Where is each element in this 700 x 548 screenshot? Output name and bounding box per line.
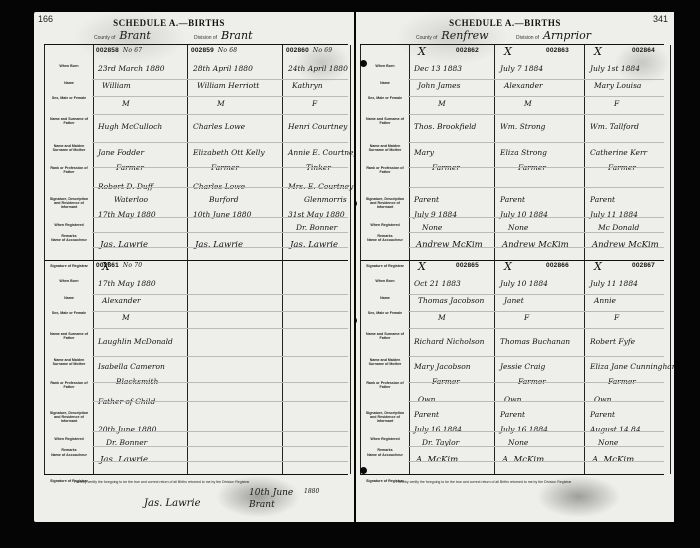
registrar-signature: A. McKim xyxy=(592,455,634,465)
row-rule xyxy=(408,247,664,248)
informant-note: Own xyxy=(504,395,521,404)
row-rule xyxy=(92,461,348,462)
mother-name: Catherine Kerr xyxy=(590,148,647,157)
row-label: Name and Surname of Father xyxy=(47,332,91,340)
row-label: When Born xyxy=(363,279,407,283)
row-labels: When BornNameSex, Male or FemaleName and… xyxy=(44,45,94,260)
father-name: Robert Fyfe xyxy=(590,337,635,346)
row-label: When Born xyxy=(47,279,91,283)
row-label: Sex, Male or Female xyxy=(363,311,407,315)
register-entry xyxy=(187,260,283,475)
row-rule xyxy=(92,79,348,80)
binding-hole xyxy=(356,200,357,207)
row-label: Signature, Description and Residence of … xyxy=(363,197,407,209)
father-name: Laughlin McDonald xyxy=(98,337,173,346)
row-rule xyxy=(408,461,664,462)
county-label: County of xyxy=(94,35,115,41)
registrar-signature: A. McKim xyxy=(502,455,544,465)
register-entry: X002862Dec 13 1883John JamesMThos. Brook… xyxy=(408,45,495,260)
page-number: 166 xyxy=(38,14,53,24)
county-field: County ofRenfrew xyxy=(416,29,489,42)
sex: F xyxy=(614,99,619,108)
row-label: Name and Maiden Surname of Mother xyxy=(363,358,407,366)
registrar-signature: Andrew McKim xyxy=(592,240,659,250)
row-rule xyxy=(92,294,348,295)
when-born: Oct 21 1883 xyxy=(414,279,461,288)
row-label: Remarks xyxy=(363,448,407,452)
binding-hole xyxy=(360,467,367,474)
father-name: Thomas Buchanan xyxy=(500,337,570,346)
row-rule xyxy=(408,446,664,447)
binding-hole xyxy=(356,317,357,324)
row-labels: When BornNameSex, Male or FemaleName and… xyxy=(360,260,410,475)
when-born: 23rd March 1880 xyxy=(98,64,165,73)
row-label: Name of Accoucheur xyxy=(363,453,407,457)
row-labels: When BornNameSex, Male or FemaleName and… xyxy=(360,45,410,260)
certification-text: I hereby certify the foregoing to be the… xyxy=(396,480,626,485)
row-rule xyxy=(408,232,664,233)
registrar-signature: Jas. Lawrie xyxy=(100,240,148,250)
when-registered: July 16 1884 xyxy=(414,425,462,434)
register-entry: X002863July 7 1884AlexanderMWm. StrongEl… xyxy=(494,45,585,260)
certification-place: Brant xyxy=(249,500,275,510)
check-mark: X xyxy=(594,260,602,273)
father-name: Richard Nicholson xyxy=(414,337,484,346)
child-name: Janet xyxy=(504,296,524,305)
register-grid: When BornNameSex, Male or FemaleName and… xyxy=(44,44,348,474)
when-born: July 10 1884 xyxy=(500,279,548,288)
informant: Parent xyxy=(590,195,615,204)
mother-name: Isabella Cameron xyxy=(98,362,165,371)
father-name: Thos. Brookfield xyxy=(414,122,476,131)
certification-signature: Jas. Lawrie xyxy=(144,498,201,509)
row-label: When Registered xyxy=(363,437,407,441)
county-field: County ofBrant xyxy=(94,29,151,42)
informant: Parent xyxy=(414,195,439,204)
child-name: William Herriott xyxy=(197,81,259,90)
registration-number: 002867 xyxy=(632,262,655,269)
row-rule xyxy=(408,167,664,168)
informant-residence: Waterloo xyxy=(114,195,148,204)
division-value: Brant xyxy=(221,29,252,42)
row-rule xyxy=(92,311,348,312)
registrar-signature: Andrew McKim xyxy=(502,240,569,250)
row-label: Name and Maiden Surname of Mother xyxy=(363,144,407,152)
mother-name: Eliza Strong xyxy=(500,148,547,157)
sex: M xyxy=(438,99,446,108)
certification-date: 10th June xyxy=(249,488,293,498)
row-label: When Registered xyxy=(363,223,407,227)
row-label: Name xyxy=(47,81,91,85)
row-label: Signature, Description and Residence of … xyxy=(363,411,407,423)
sex: F xyxy=(312,99,317,108)
row-rule xyxy=(408,142,664,143)
row-label: Name of Accoucheur xyxy=(47,238,91,242)
when-registered: 20th June 1880 xyxy=(98,425,156,434)
mother-name: Mary xyxy=(414,148,434,157)
division-label: Division of xyxy=(194,35,217,41)
row-label: Remarks xyxy=(47,448,91,452)
row-label: When Registered xyxy=(47,437,91,441)
row-label: Signature, Description and Residence of … xyxy=(47,411,91,423)
row-label: Rank or Profession of Father xyxy=(47,381,91,389)
left-page: 166 SCHEDULE A.—BIRTHS County ofBrant Di… xyxy=(34,12,354,522)
row-rule xyxy=(92,446,348,447)
row-rule xyxy=(408,356,664,357)
row-label: Name and Maiden Surname of Mother xyxy=(47,358,91,366)
row-label: When Born xyxy=(47,64,91,68)
row-label: Name and Surname of Father xyxy=(363,332,407,340)
register-entry: 002858No 6723rd March 1880WilliamMHugh M… xyxy=(92,45,188,260)
certification-text: I hereby certify the foregoing to be the… xyxy=(74,480,306,485)
row-label: Name xyxy=(363,296,407,300)
informant-residence: Glenmorris xyxy=(304,195,347,204)
row-label: Name of Accoucheur xyxy=(47,453,91,457)
row-label: Sex, Male or Female xyxy=(47,96,91,100)
county-value: Brant xyxy=(119,29,150,42)
check-mark: X xyxy=(418,45,426,58)
registration-number: 002862 xyxy=(456,47,479,54)
register-block: When BornNameSex, Male or FemaleName and… xyxy=(360,45,664,261)
division-label: Division of xyxy=(516,35,539,41)
row-rule xyxy=(92,328,348,329)
register-grid: When BornNameSex, Male or FemaleName and… xyxy=(360,44,664,474)
row-label: Name xyxy=(47,296,91,300)
check-mark: X xyxy=(504,45,512,58)
row-rule xyxy=(92,401,348,402)
row-label: Rank or Profession of Father xyxy=(47,166,91,174)
row-label: Sex, Male or Female xyxy=(47,311,91,315)
registration-number: 002859No 68 xyxy=(191,47,237,54)
registrar-signature: Jas. Lawrie xyxy=(100,455,148,465)
informant-note: Own xyxy=(418,395,435,404)
page-number: 341 xyxy=(653,14,668,24)
when-born: July 11 1884 xyxy=(590,279,638,288)
register-block: When BornNameSex, Male or FemaleName and… xyxy=(44,45,348,261)
schedule-title: SCHEDULE A.—BIRTHS xyxy=(74,18,264,28)
sex: M xyxy=(122,99,130,108)
registration-number: 002860No 69 xyxy=(286,47,332,54)
when-registered: July 16 1884 xyxy=(500,425,548,434)
child-name: Alexander xyxy=(102,296,141,305)
mother-name: Annie E. Courtney xyxy=(288,148,354,157)
row-label: Sex, Male or Female xyxy=(363,96,407,100)
register-entry: X002866July 10 1884JanetFThomas Buchanan… xyxy=(494,260,585,475)
entry-number: No 67 xyxy=(123,47,142,54)
child-name: Thomas Jacobson xyxy=(418,296,484,305)
row-rule xyxy=(92,431,348,432)
row-rule xyxy=(92,217,348,218)
scanned-register: 166 SCHEDULE A.—BIRTHS County ofBrant Di… xyxy=(0,0,700,548)
registration-number: 002866 xyxy=(546,262,569,269)
row-rule xyxy=(408,328,664,329)
entry-number: No 70 xyxy=(123,262,142,269)
row-rule xyxy=(92,247,348,248)
informant-residence: Burford xyxy=(209,195,239,204)
register-entry: X002861No 7017th May 1880AlexanderMLaugh… xyxy=(92,260,188,475)
register-entry: X002867July 11 1884AnnieFRobert FyfeEliz… xyxy=(584,260,671,475)
registration-number: 002863 xyxy=(546,47,569,54)
row-label: Name and Maiden Surname of Mother xyxy=(47,144,91,152)
when-born: 28th April 1880 xyxy=(193,64,253,73)
row-rule xyxy=(408,311,664,312)
sex: M xyxy=(122,313,130,322)
mother-name: Jessie Craig xyxy=(500,362,545,371)
row-rule xyxy=(92,187,348,188)
informant-note: Own xyxy=(594,395,611,404)
row-rule xyxy=(408,401,664,402)
sex: F xyxy=(614,313,619,322)
register-entry: X002865Oct 21 1883Thomas JacobsonMRichar… xyxy=(408,260,495,475)
when-registered: 17th May 1880 xyxy=(98,210,156,219)
entry-number: No 68 xyxy=(218,47,237,54)
mother-name: Mary Jacobson xyxy=(414,362,471,371)
child-name: William xyxy=(102,81,131,90)
row-rule xyxy=(92,96,348,97)
registrar-signature: Jas. Lawrie xyxy=(290,240,338,250)
when-born: 17th May 1880 xyxy=(98,279,156,288)
row-label: Name xyxy=(363,81,407,85)
mother-name: Jane Fodder xyxy=(98,148,144,157)
row-rule xyxy=(408,187,664,188)
when-registered: July 10 1884 xyxy=(500,210,548,219)
when-born: July 1st 1884 xyxy=(590,64,640,73)
when-born: Dec 13 1883 xyxy=(414,64,462,73)
row-label: Name of Accoucheur xyxy=(363,238,407,242)
register-block: When BornNameSex, Male or FemaleName and… xyxy=(44,260,348,476)
right-page: 341 SCHEDULE A.—BIRTHS County ofRenfrew … xyxy=(356,12,674,522)
row-rule xyxy=(408,431,664,432)
row-rule xyxy=(92,232,348,233)
registration-number: 002864 xyxy=(632,47,655,54)
child-name: Alexander xyxy=(504,81,543,90)
registration-number: 002861No 70 xyxy=(96,262,142,269)
registration-number: 002865 xyxy=(456,262,479,269)
division-value: Arnprior xyxy=(543,29,591,42)
row-label: Signature, Description and Residence of … xyxy=(47,197,91,209)
division-field: Division ofBrant xyxy=(194,29,252,42)
row-rule xyxy=(408,96,664,97)
row-rule xyxy=(408,217,664,218)
when-registered: July 9 1884 xyxy=(414,210,457,219)
register-entry xyxy=(282,260,351,475)
when-born: 24th April 1880 xyxy=(288,64,348,73)
register-entry: X002864July 1st 1884Mary LouisaFWm. Tall… xyxy=(584,45,671,260)
row-label: Name and Surname of Father xyxy=(47,117,91,125)
sex: M xyxy=(524,99,532,108)
father-name: Wm. Tallford xyxy=(590,122,639,131)
certification-year: 1880 xyxy=(304,488,319,495)
father-name: Henri Courtney xyxy=(288,122,347,131)
row-label: When Registered xyxy=(47,223,91,227)
informant: Parent xyxy=(414,410,439,419)
row-label: Name and Surname of Father xyxy=(363,117,407,125)
check-mark: X xyxy=(418,260,426,273)
row-rule xyxy=(92,382,348,383)
child-name: John James xyxy=(418,81,460,90)
row-labels: When BornNameSex, Male or FemaleName and… xyxy=(44,260,94,475)
registrar-signature: Andrew McKim xyxy=(416,240,483,250)
registrar-signature: Jas. Lawrie xyxy=(195,240,243,250)
binding-hole xyxy=(360,60,367,67)
division-field: Division ofArnprior xyxy=(516,29,591,42)
check-mark: X xyxy=(504,260,512,273)
sex: M xyxy=(438,313,446,322)
father-name: Hugh McCulloch xyxy=(98,122,162,131)
row-label: Rank or Profession of Father xyxy=(363,166,407,174)
informant: Parent xyxy=(500,195,525,204)
child-name: Mary Louisa xyxy=(594,81,641,90)
child-name: Annie xyxy=(594,296,616,305)
registration-number: 002858No 67 xyxy=(96,47,142,54)
row-rule xyxy=(408,114,664,115)
child-name: Kathryn xyxy=(292,81,323,90)
when-registered: 31st May 1880 xyxy=(288,210,345,219)
row-label: Remarks xyxy=(47,234,91,238)
when-registered: July 11 1884 xyxy=(590,210,638,219)
when-registered: 10th June 1880 xyxy=(193,210,251,219)
informant: Parent xyxy=(500,410,525,419)
row-rule xyxy=(92,167,348,168)
row-rule xyxy=(408,294,664,295)
father-name: Charles Lowe xyxy=(193,122,245,131)
certification-footer: I hereby certify the foregoing to be the… xyxy=(44,476,346,522)
sex: M xyxy=(217,99,225,108)
sex: F xyxy=(524,313,529,322)
county-value: Renfrew xyxy=(441,29,488,42)
mother-name: Elizabeth Ott Kelly xyxy=(193,148,265,157)
row-rule xyxy=(92,356,348,357)
when-born: July 7 1884 xyxy=(500,64,543,73)
row-rule xyxy=(408,382,664,383)
registrar-signature: A. McKim xyxy=(416,455,458,465)
father-name: Wm. Strong xyxy=(500,122,545,131)
row-rule xyxy=(92,142,348,143)
certification-footer: I hereby certify the foregoing to be the… xyxy=(366,476,666,522)
informant: Parent xyxy=(590,410,615,419)
check-mark: X xyxy=(594,45,602,58)
county-label: County of xyxy=(416,35,437,41)
mother-name: Eliza Jane Cunningham xyxy=(590,362,674,371)
row-label: Rank or Profession of Father xyxy=(363,381,407,389)
when-registered: August 14 84 xyxy=(590,425,641,434)
entry-number: No 69 xyxy=(313,47,332,54)
row-rule xyxy=(92,114,348,115)
register-entry: 002859No 6828th April 1880William Herrio… xyxy=(187,45,283,260)
register-entry: 002860No 6924th April 1880KathrynFHenri … xyxy=(282,45,351,260)
schedule-title: SCHEDULE A.—BIRTHS xyxy=(396,18,614,28)
register-block: When BornNameSex, Male or FemaleName and… xyxy=(360,260,664,476)
row-label: Remarks xyxy=(363,234,407,238)
row-rule xyxy=(408,79,664,80)
row-label: When Born xyxy=(363,64,407,68)
